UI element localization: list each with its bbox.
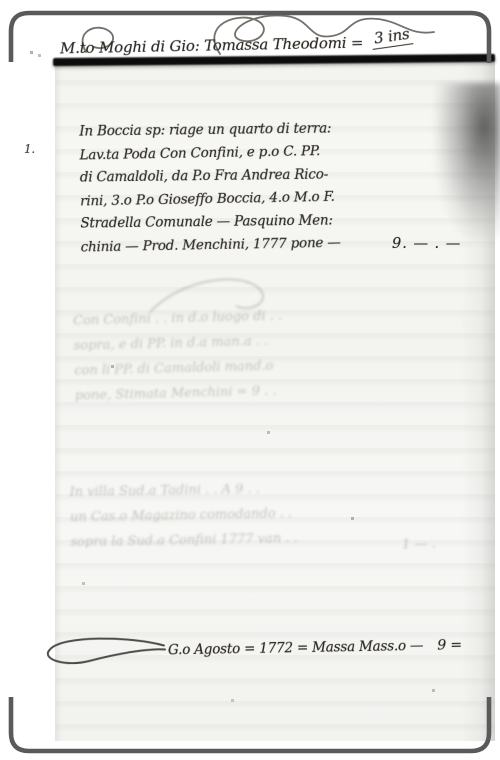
frame-bottom-bracket: [11, 697, 489, 751]
manuscript-scan-view: M.to Moghi di Gio: Tomassa Theodomi =3 i…: [0, 0, 500, 760]
frame-border: [0, 0, 500, 760]
frame-top-bracket: [11, 13, 489, 63]
